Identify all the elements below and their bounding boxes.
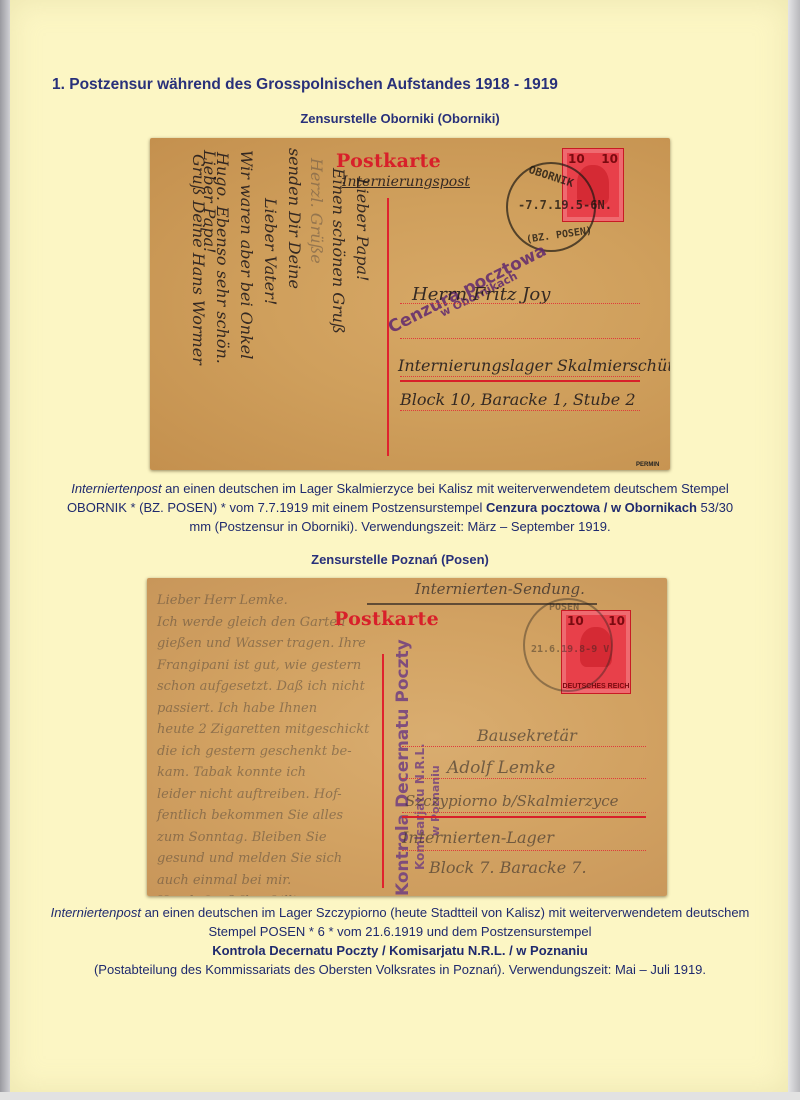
address-line — [402, 746, 646, 747]
recipient-title: Bausekretär — [477, 726, 577, 745]
caption-censor-name: Kontrola Decernatu Poczty / Komisarjatu … — [212, 943, 588, 958]
message-line: gießen und Wasser tragen. Ihre — [157, 633, 369, 655]
caption-italic-lead: Interniertenpost — [71, 481, 161, 496]
postcard-poznan: Lieber Herr Lemke. Ich werde gleich den … — [147, 578, 667, 896]
address-line-2: Internierten-Lager — [402, 828, 554, 847]
message-line: senden Dir Deine — [285, 148, 304, 289]
address-underline — [400, 380, 640, 382]
caption-censor-name: Cenzura pocztowa / w Obornikach — [486, 500, 697, 515]
message-line: zum Sonntag. Bleiben Sie — [157, 827, 369, 849]
postmark-date: 21.6.19.8-9 V — [531, 644, 609, 655]
message-line: auch einmal bei mir. — [157, 870, 369, 892]
address-line-3: Block 7. Baracke 7. — [429, 858, 587, 877]
caption-line: Kontrola Decernatu Poczty / Komisarjatu … — [50, 941, 750, 960]
message-line: Frangipani ist gut, wie gestern — [157, 655, 369, 677]
page-title: 1. Postzensur während des Grosspolnische… — [52, 76, 558, 94]
message-line: Herzl. Grüße — [307, 158, 326, 264]
message-line: Lieber Vater! — [261, 198, 280, 305]
message-line: schon aufgesetzt. Daß ich nicht — [157, 676, 369, 698]
section-2-caption: Interniertenpost an einen deutschen im L… — [50, 903, 750, 979]
card-divider-line — [382, 654, 384, 888]
message-line: Einen schönen Gruß — [329, 168, 348, 334]
postkarte-heading: Postkarte — [334, 608, 439, 630]
message-line: Hugo. Ebenso sehr schön. — [213, 152, 232, 364]
address-line-1: Internierungslager Skalmierschütz — [398, 356, 670, 375]
address-line-2: Block 10, Baracke 1, Stube 2 — [400, 390, 636, 409]
recipient-name: Adolf Lemke — [447, 758, 555, 778]
address-line — [400, 376, 640, 377]
address-line — [402, 778, 646, 779]
address-underline — [402, 816, 646, 818]
page-edge-left — [0, 0, 10, 1100]
postcard-oborniki: Lieber Papa! Lieber Papa! Einen schönen … — [150, 138, 670, 470]
postkarte-heading: Postkarte — [336, 150, 441, 172]
postmark-town: POSEN — [549, 602, 579, 613]
address-line — [400, 338, 640, 339]
caption-line: (Postabteilung des Kommissariats des Obe… — [50, 960, 750, 979]
message-line: fentlich bekommen Sie alles — [157, 805, 369, 827]
printer-mark: PERMIN — [636, 462, 659, 468]
caption-italic-lead: Interniertenpost — [51, 905, 141, 920]
postmark-date: -7.7.19.5-6N. — [518, 198, 612, 212]
censor-mark-line1: Kontrola Decernatu Poczty — [393, 639, 413, 896]
section-1-subtitle: Zensurstelle Oborniki (Oborniki) — [0, 111, 800, 126]
message-line: Gruß Deine Hans Wormer — [189, 154, 208, 365]
message-line: Herzl. Gruß Ihre Lilli — [157, 891, 369, 896]
stamp-value: 10 — [568, 152, 585, 166]
address-line — [400, 410, 640, 411]
address-line-1: Szczypiorno b/Skalmierzyce — [405, 792, 619, 810]
message-line: kam. Tabak konnte ich — [157, 762, 369, 784]
recipient-name: Herrn Fritz Joy — [412, 284, 550, 305]
page-edge-bottom — [0, 1092, 800, 1100]
caption-line: Interniertenpost an einen deutschen im L… — [50, 903, 750, 941]
message-line: passiert. Ich habe Ihnen — [157, 698, 369, 720]
section-2-subtitle: Zensurstelle Poznań (Posen) — [0, 552, 800, 567]
stamp-value: 10 — [608, 614, 625, 628]
message-line: leider nicht auftreiben. Hof- — [157, 784, 369, 806]
message-line: heute 2 Zigaretten mitgeschickt — [157, 719, 369, 741]
message-line: die ich gestern geschenkt be- — [157, 741, 369, 763]
postcard-message: Lieber Herr Lemke. Ich werde gleich den … — [157, 590, 369, 896]
address-line — [400, 303, 640, 304]
address-line — [402, 850, 646, 851]
page-edge-right — [788, 0, 800, 1100]
caption-text: (Postabteilung des Kommissariats des Obe… — [94, 962, 706, 977]
endorsement-text: Internierungspost — [342, 174, 470, 190]
caption-text: an einen deutschen im Lager Szczypiorno … — [141, 905, 749, 939]
message-line: Lieber Papa! — [353, 178, 372, 281]
section-1-caption: Interniertenpost an einen deutschen im L… — [60, 479, 740, 536]
stamp-value: 10 — [601, 152, 618, 166]
endorsement-text: Internierten-Sendung. — [415, 580, 585, 598]
address-line — [402, 812, 646, 813]
message-line: Wir waren aber bei Onkel — [237, 150, 256, 359]
message-line: gesund und melden Sie sich — [157, 848, 369, 870]
